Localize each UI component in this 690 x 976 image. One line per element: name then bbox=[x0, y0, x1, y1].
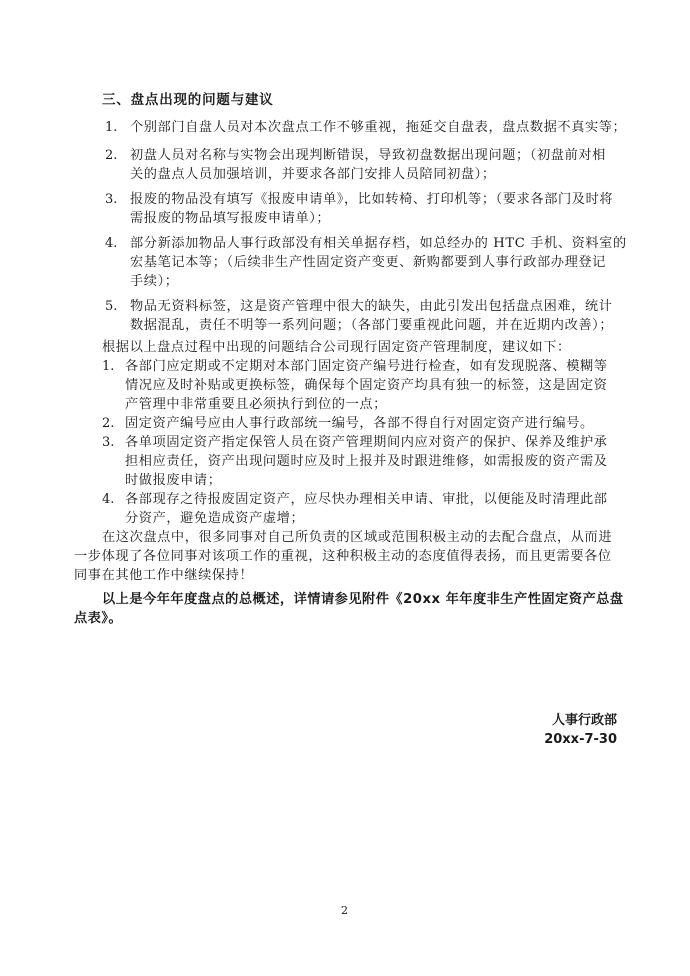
page-number: 2 bbox=[341, 904, 348, 917]
suggestion-line: 各部门应定期或不定期对本部门固定资产编号进行检查，如有发现脱落、模糊等 bbox=[125, 357, 608, 376]
problem-line: 部分新添加物品人事行政部没有相关单据存档，如总经办的 HTC 手机、资料室的 bbox=[130, 234, 627, 253]
suggestion-line: 产管理中非常重要且必须执行到位的一点； bbox=[125, 395, 387, 414]
problem-line: 数据混乱，责任不明等一系列问题；（各部门要重视此问题，并在近期内改善）； bbox=[130, 316, 613, 335]
problem-line: 关的盘点人员加强培训，并要求各部门安排人员陪同初盘）； bbox=[130, 165, 496, 184]
suggestion-line: 情况应及时补贴或更换标签，确保每个固定资产均具有独一的标签，这是固定资 bbox=[125, 376, 608, 395]
suggestion-number: 2. bbox=[102, 414, 114, 433]
suggestion-line: 时做报废申请； bbox=[125, 471, 222, 490]
problem-line: 手续）； bbox=[130, 272, 179, 291]
problem-line: 初盘人员对名称与实物会出现判断错误，导致初盘数据出现问题；（初盘前对相 bbox=[130, 146, 606, 165]
problem-line: 报废的物品没有填写《报废申请单》，比如转椅、打印机等；（要求各部门及时将 bbox=[130, 190, 613, 209]
suggestion-intro: 根据以上盘点过程中出现的问题结合公司现行固定资产管理制度，建议如下： bbox=[102, 338, 571, 357]
problem-number: 4. bbox=[105, 234, 117, 253]
summary-paragraph-line: 以上是今年年度盘点的总概述，详情请参见附件《20xx 年年度非生产性固定资产总盘 bbox=[102, 590, 624, 609]
suggestion-number: 1. bbox=[102, 357, 114, 376]
signature-date: 20xx-7-30 bbox=[544, 730, 617, 749]
suggestion-line: 各部现存之待报废固定资产，应尽快办理相关申请、审批，以便能及时清理此部 bbox=[125, 490, 608, 509]
closing-paragraph-line: 同事在其他工作中继续保持！ bbox=[74, 566, 253, 585]
suggestion-line: 各单项固定资产指定保管人员在资产管理期间内应对资产的保护、保养及维护承 bbox=[125, 433, 608, 452]
problem-line: 物品无资料标签，这是资产管理中很大的缺失，由此引发出包括盘点困难，统计 bbox=[130, 297, 613, 316]
problem-number: 3. bbox=[105, 190, 117, 209]
problem-number: 1. bbox=[105, 118, 117, 137]
signature-department: 人事行政部 bbox=[552, 711, 617, 730]
summary-paragraph-line: 点表》。 bbox=[74, 609, 122, 628]
problem-number: 5. bbox=[105, 297, 117, 316]
problem-line: 个别部门自盘人员对本次盘点工作不够重视，拖延交自盘表，盘点数据不真实等； bbox=[130, 118, 626, 137]
suggestion-line: 固定资产编号应由人事行政部统一编号，各部不得自行对固定资产进行编号。 bbox=[125, 414, 594, 433]
suggestion-number: 4. bbox=[102, 490, 114, 509]
closing-paragraph-line: 在这次盘点中，很多同事对自己所负责的区域或范围积极主动的去配合盘点，从而进 bbox=[102, 528, 612, 547]
suggestion-number: 3. bbox=[102, 433, 114, 452]
suggestion-line: 担相应责任，资产出现问题时应及时上报并及时跟进维修，如需报废的资产需及 bbox=[125, 452, 608, 471]
problem-number: 2. bbox=[105, 146, 117, 165]
problem-line: 宏基笔记本等；（后续非生产性固定资产变更、新购都要到人事行政部办理登记 bbox=[130, 253, 606, 272]
closing-paragraph-line: 一步体现了各位同事对该项工作的重视，这种积极主动的态度值得表扬，而且更需要各位 bbox=[74, 547, 612, 566]
document-page: 三、盘点出现的问题与建议 1. 个别部门自盘人员对本次盘点工作不够重视，拖延交自… bbox=[0, 0, 690, 976]
problem-line: 需报废的物品填写报废申请单）； bbox=[130, 209, 330, 228]
section-heading: 三、盘点出现的问题与建议 bbox=[102, 91, 274, 110]
suggestion-line: 分资产，避免造成资产虚增； bbox=[125, 509, 304, 528]
